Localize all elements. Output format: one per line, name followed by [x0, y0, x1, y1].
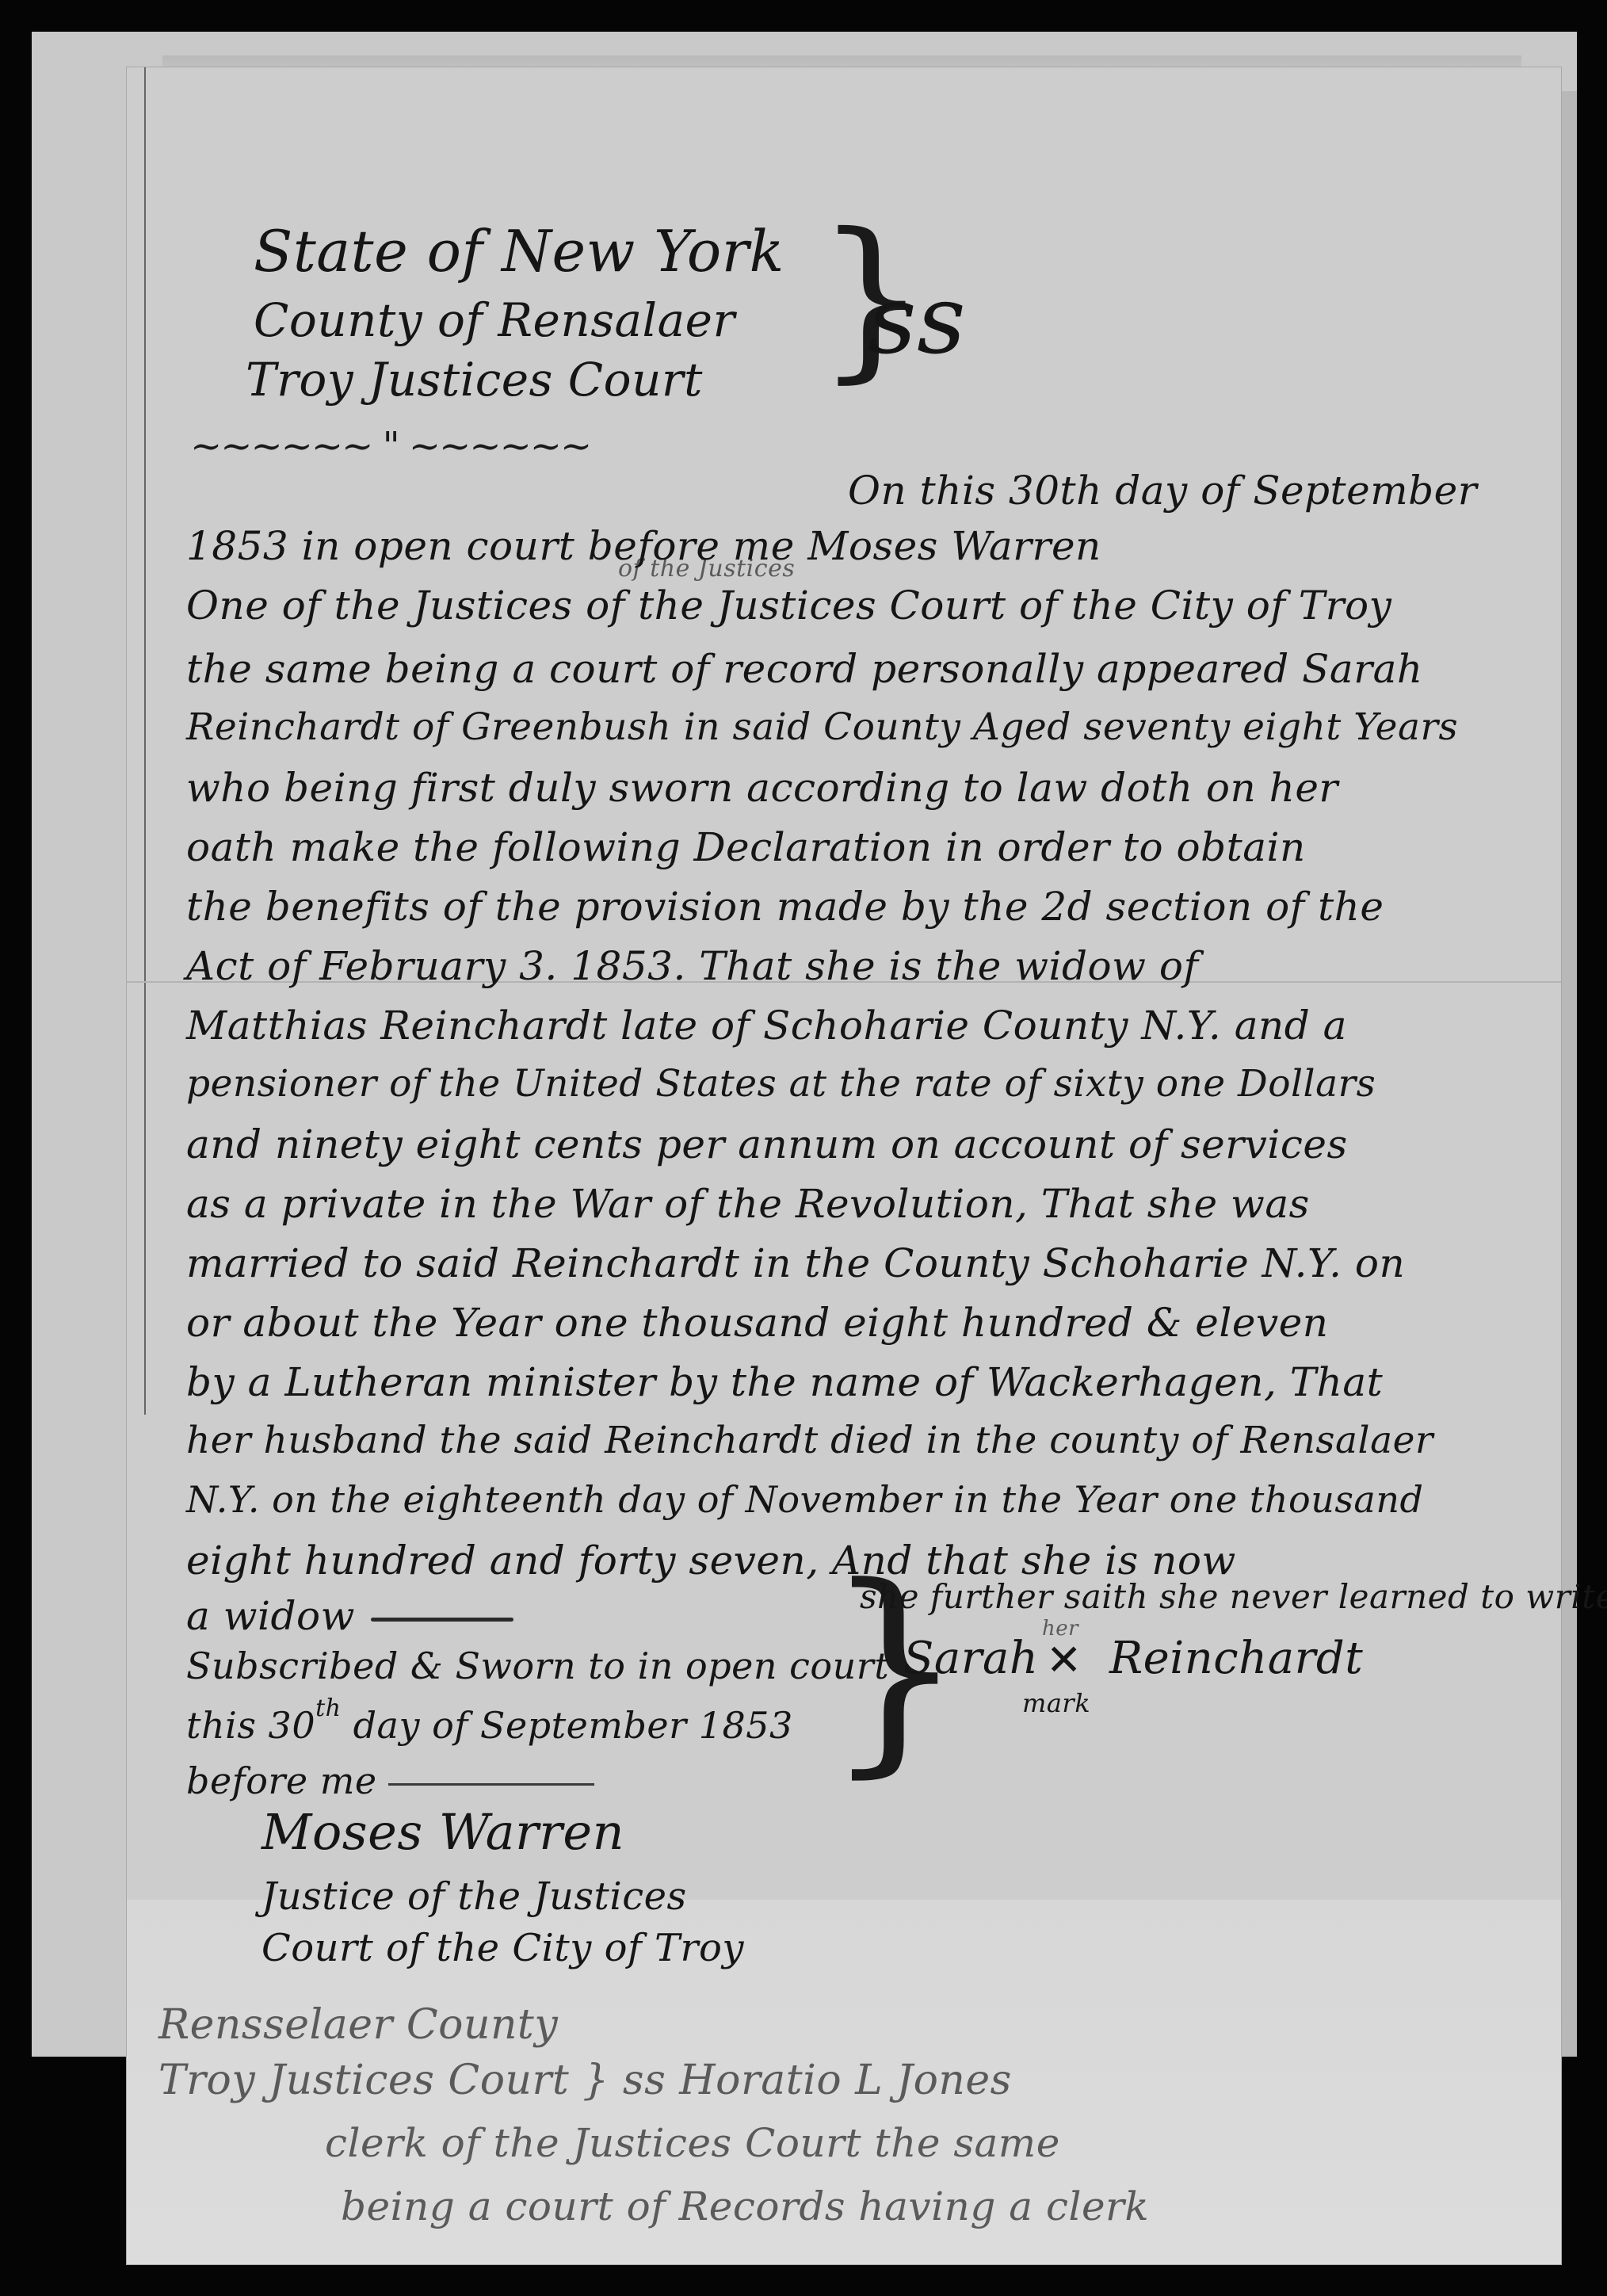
body-line-10: Matthias Reinchardt late of Schoharie Co… [186, 1003, 1347, 1049]
declarant-note: she further saith she never learned to w… [860, 1577, 1607, 1616]
justice-signature: Moses Warren [261, 1803, 624, 1861]
jurat-line-3: before me [186, 1759, 594, 1802]
justice-title-1: Justice of the Justices [261, 1874, 687, 1919]
left-margin-rule [144, 67, 146, 1415]
heading-court: Troy Justices Court [246, 353, 703, 407]
heading-state: State of New York [254, 218, 784, 285]
before-me-rule [388, 1783, 594, 1786]
body-line-17: her husband the said Reinchardt died in … [186, 1419, 1433, 1462]
body-line-7: oath make the following Declaration in o… [186, 824, 1306, 870]
body-line-2: 1853 in open court before me Moses Warre… [186, 523, 1101, 569]
declarant-first-name: Sarah [903, 1633, 1038, 1684]
body-line-6: who being first duly sworn according to … [186, 765, 1338, 811]
clerk-line-3: clerk of the Justices Court the same [325, 2120, 1060, 2166]
body-line-4: the same being a court of record persona… [186, 646, 1423, 692]
jurat-date-suffix: day of September 1853 [341, 1704, 792, 1747]
heading-county: County of Rensalaer [254, 293, 735, 347]
clerk-line-2: Troy Justices Court } ss Horatio L Jones [158, 2057, 1012, 2104]
document-page: State of New York County of Rensalaer Tr… [127, 67, 1561, 2264]
body-line-12: and ninety eight cents per annum on acco… [186, 1121, 1348, 1167]
body-line-8: the benefits of the provision made by th… [186, 884, 1384, 930]
before-me-text: before me [186, 1759, 377, 1802]
jurat-line-2: this 30th day of September 1853 [186, 1704, 793, 1747]
mark-label: mark [1022, 1688, 1090, 1718]
heading-flourish: ~~~~~~ " ~~~~~~ [190, 424, 590, 468]
jurat-line-1: Subscribed & Sworn to in open court [186, 1645, 889, 1687]
declarant-last-name: Reinchardt [1109, 1633, 1363, 1684]
jurat-date-prefix: this 30 [186, 1704, 315, 1747]
declarant-x-mark: ✕ [1046, 1635, 1082, 1685]
widow-text: a widow [186, 1593, 355, 1639]
body-line-16: by a Lutheran minister by the name of Wa… [186, 1359, 1383, 1405]
clerk-line-4: being a court of Records having a clerk [341, 2183, 1149, 2229]
body-line-18: N.Y. on the eighteenth day of November i… [186, 1478, 1423, 1521]
body-line-5: Reinchardt of Greenbush in said County A… [186, 705, 1458, 749]
clerk-line-1: Rensselaer County [158, 2001, 558, 2049]
body-line-9: Act of February 3. 1853. That she is the… [186, 943, 1198, 989]
justice-title-2: Court of the City of Troy [261, 1926, 744, 1970]
body-line-14: married to said Reinchardt in the County… [186, 1240, 1405, 1286]
body-line-1: On this 30th day of September [848, 468, 1477, 514]
body-line-13: as a private in the War of the Revolutio… [186, 1181, 1310, 1227]
body-line-3: One of the Justices of the Justices Cour… [186, 583, 1391, 628]
body-line-15: or about the Year one thousand eight hun… [186, 1300, 1329, 1346]
body-line-11: pensioner of the United States at the ra… [186, 1062, 1376, 1106]
jurat-date-sup: th [315, 1694, 341, 1722]
ss-mark: ss [868, 266, 966, 376]
closing-rule [371, 1618, 513, 1622]
body-line-20: a widow [186, 1593, 513, 1639]
